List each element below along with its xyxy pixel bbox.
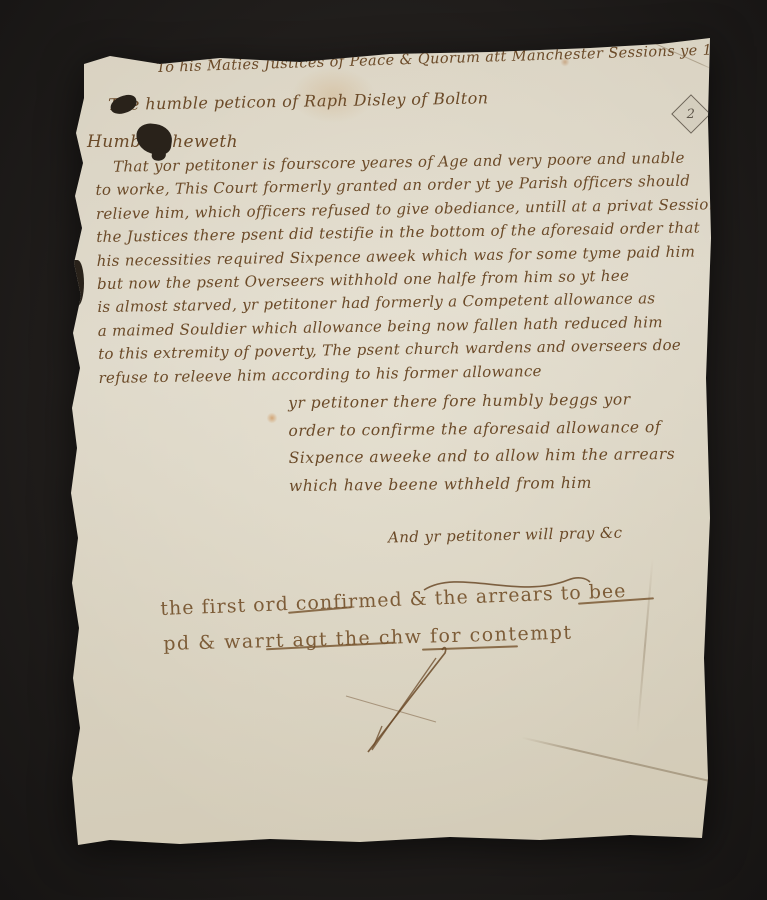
manuscript-page: To his Maties Justices of Peace & Quorum… (70, 38, 712, 850)
prayer-line: Sixpence aweeke and to allow him the arr… (289, 440, 719, 472)
address-line: To his Maties Justices of Peace & Quorum… (156, 38, 767, 76)
prayer-line: which have beene wthheld from him (289, 468, 719, 500)
petition-prayer: yr petitoner there fore humbly beggs yor… (288, 385, 719, 499)
paper-hole (71, 260, 84, 306)
photo-backdrop: { "document": { "kind": "Handwritten pet… (0, 0, 767, 900)
page-number-text: 2 (687, 107, 695, 122)
fold-crease (636, 558, 653, 732)
fold-crease (521, 737, 767, 797)
pen-mark (338, 644, 468, 764)
manuscript-photo: To his Maties Justices of Peace & Quorum… (70, 38, 712, 850)
petition-body: That yor petitoner is fourscore yeares o… (95, 146, 704, 390)
archival-page-number: 2 (671, 94, 711, 134)
endorsement-line: the first ord confirmed & the arrears to… (160, 580, 627, 620)
closing-line: And yr petitoner will pray &c (388, 524, 623, 547)
petition-title: The humble peticon of Raph Disley of Bol… (108, 88, 489, 114)
